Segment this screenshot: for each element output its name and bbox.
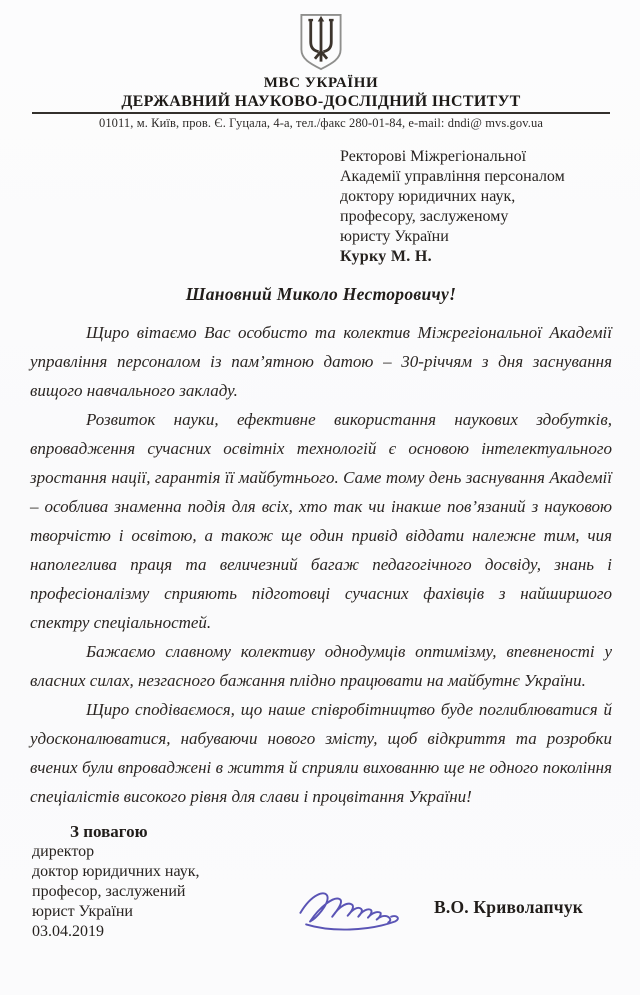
recipient-line: Академії управління персоналом [340,167,612,187]
org-name-institute: ДЕРЖАВНИЙ НАУКОВО-ДОСЛІДНИЙ ІНСТИТУТ [30,93,612,111]
signer-name: В.О. Криволапчук [434,897,583,918]
signer-title-line: доктор юридичних наук, [32,862,612,882]
body-paragraph: Щиро сподіваємося, що наше співробітницт… [30,695,612,811]
signer-title-line: директор [32,842,612,862]
salutation: Шановний Миколо Несторовичу! [30,284,612,305]
coat-of-arms [30,12,612,72]
trident-icon [293,12,349,72]
recipient-line: професору, заслуженому [340,207,612,227]
org-name-ministry: МВС УКРАЇНИ [30,75,612,92]
org-address: 01011, м. Київ, пров. Є. Гуцала, 4-а, те… [30,116,612,131]
body-paragraph: Розвиток науки, ефективне використання н… [30,405,612,637]
body-paragraph: Щиро вітаємо Вас особисто та колектив Мі… [30,318,612,405]
header-divider [32,112,610,114]
closing-phrase: З повагою [70,822,612,842]
handwritten-signature-icon [292,880,414,936]
recipient-line: Ректорові Міжрегіональної [340,147,612,167]
recipient-block: Ректорові Міжрегіональної Академії управ… [340,147,612,267]
letter-page: МВС УКРАЇНИ ДЕРЖАВНИЙ НАУКОВО-ДОСЛІДНИЙ … [0,0,640,995]
letter-body: Щиро вітаємо Вас особисто та колектив Мі… [30,318,612,811]
body-paragraph: Бажаємо славному колективу однодумців оп… [30,637,612,695]
recipient-line: доктору юридичних наук, [340,187,612,207]
signature-block: З повагою директор доктор юридичних наук… [30,822,612,962]
recipient-name: Курку М. Н. [340,247,612,267]
letterhead: МВС УКРАЇНИ ДЕРЖАВНИЙ НАУКОВО-ДОСЛІДНИЙ … [30,0,612,131]
recipient-line: юристу України [340,227,612,247]
